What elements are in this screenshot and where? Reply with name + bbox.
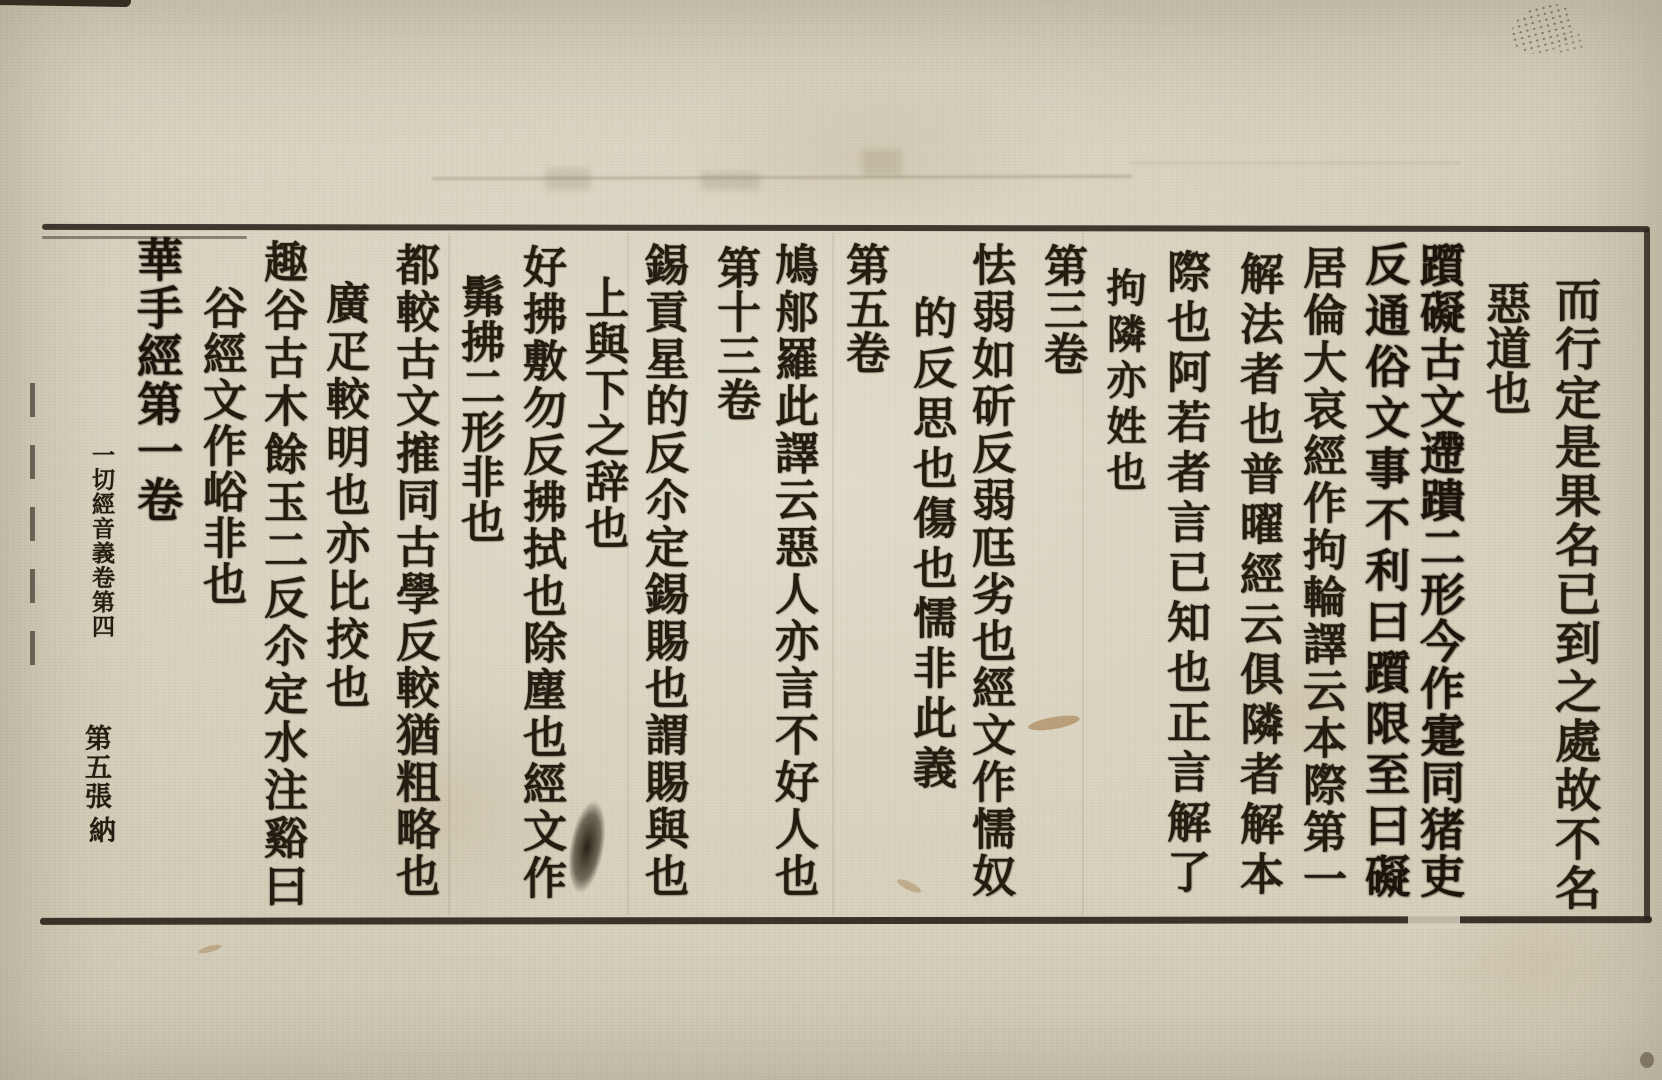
text-column: 居倫大哀經作拘輪譯云本際第一 bbox=[1298, 245, 1342, 903]
work-title-column: 一切經音義卷第四 bbox=[90, 443, 113, 639]
text-column: 趣谷古木餘玉二反尒定水注谿曰 bbox=[259, 239, 303, 911]
text-column: 的反思也傷也懦非此義 bbox=[908, 295, 952, 795]
frame-border-top bbox=[42, 224, 1650, 232]
volume-heading-5: 第五卷 bbox=[841, 242, 885, 374]
sheet-number-column: 第五張 bbox=[82, 724, 109, 811]
column-rule bbox=[627, 233, 629, 915]
volume-heading-3: 第三卷 bbox=[1039, 243, 1083, 375]
text-column: 上與下之辞也 bbox=[580, 275, 624, 551]
column-rule bbox=[448, 233, 450, 915]
paper-stain bbox=[660, 70, 1080, 240]
frame-border-left bbox=[30, 383, 35, 679]
text-column: 鳩郍羅此譯云惡人亦言不好人也 bbox=[770, 242, 814, 900]
text-column: 解法者也普曜經云俱隣者解本 bbox=[1235, 251, 1279, 901]
text-column: 惡道也 bbox=[1481, 280, 1526, 415]
text-column: 反通俗文事不利曰躓限至曰礙 bbox=[1360, 241, 1405, 904]
fiber-streak bbox=[1640, 1052, 1654, 1068]
show-through-mark bbox=[545, 168, 591, 190]
text-column: 拘隣亦姓也 bbox=[1103, 267, 1143, 497]
text-column: 好拂敷勿反拂拭也除塵也經文作 bbox=[518, 244, 562, 902]
text-column: 谷經文作峪非也 bbox=[198, 285, 242, 607]
frame-border-right bbox=[1644, 229, 1650, 921]
paper-edge-tear bbox=[0, 0, 131, 7]
text-column: 都較古文㩁同古學反較猶粗略也 bbox=[391, 242, 435, 900]
manuscript-page: 而行定是果名已到之處故不名 惡道也 躓礙古文遰蹪二形今作疐同猪吏 反通俗文事不利… bbox=[0, 0, 1662, 1080]
fiber-streak bbox=[198, 943, 223, 955]
collation-mark: 納 bbox=[86, 816, 113, 843]
text-column: 際也阿若者言已知也正言解了 bbox=[1162, 249, 1206, 899]
text-column: 廣疋較明也亦比挍也 bbox=[321, 280, 365, 712]
text-column: 而行定是果名已到之處故不名 bbox=[1551, 276, 1597, 913]
paper-crease bbox=[1130, 162, 1460, 164]
frame-border-break bbox=[1408, 913, 1460, 928]
volume-heading-13: 第十三卷 bbox=[712, 245, 756, 421]
paper-stain bbox=[1420, 880, 1650, 1040]
column-rule bbox=[832, 233, 834, 915]
text-column: 錫貢星的反尒定錫賜也謂賜與也 bbox=[640, 242, 684, 900]
fiber-streak bbox=[896, 877, 923, 895]
text-column: 怯弱如斫反弱尫劣也經文作懦奴 bbox=[967, 242, 1011, 900]
text-column: 躓礙古文遰蹪二形今作疐同猪吏 bbox=[1415, 242, 1460, 900]
text-column: 髴拂二形非也 bbox=[456, 274, 500, 544]
sutra-title-column: 華手經第一卷 bbox=[133, 236, 179, 524]
fiber-streak bbox=[1027, 713, 1080, 734]
